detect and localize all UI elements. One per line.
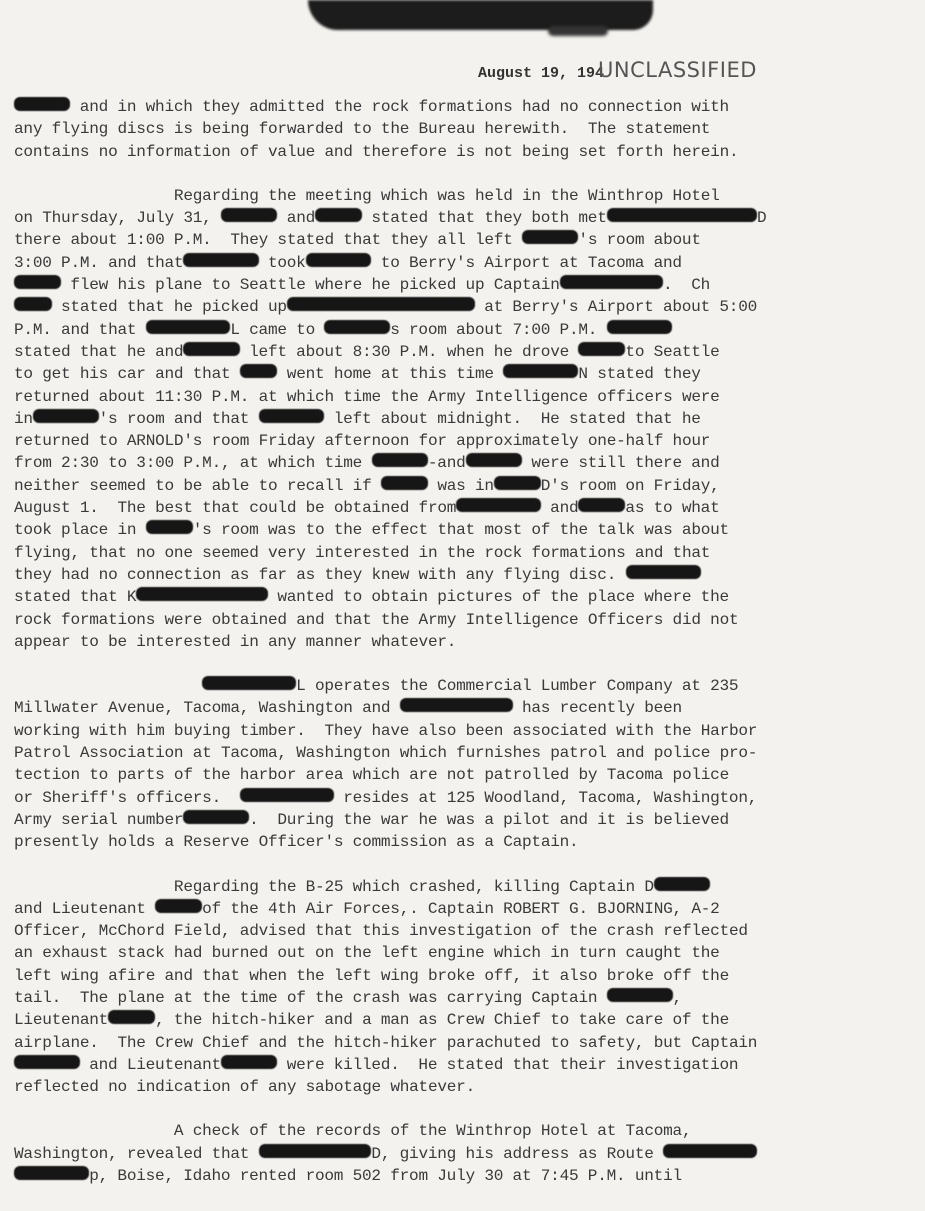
- redaction: █████: [155, 899, 202, 913]
- text-line: in█████'s room and that █████ left about…: [14, 408, 919, 430]
- text-line: contains no information of value and the…: [14, 141, 919, 163]
- text-line: working with him buying timber. They hav…: [14, 720, 919, 742]
- redaction-block: [308, 0, 653, 30]
- redaction: █████: [146, 520, 193, 534]
- paragraph-gap: [14, 854, 919, 876]
- text-line: Patrol Association at Tacoma, Washington…: [14, 742, 919, 764]
- text-line: and Lieutenant █████of the 4th Air Force…: [14, 898, 919, 920]
- redaction: █████: [221, 1055, 277, 1069]
- redaction: █████: [372, 453, 428, 467]
- redaction: █████: [400, 698, 513, 712]
- text-line: █████ flew his plane to Seattle where he…: [14, 274, 919, 296]
- text-line: returned about 11:30 P.M. at which time …: [14, 386, 919, 408]
- text-line: airplane. The Crew Chief and the hitch-h…: [14, 1032, 919, 1054]
- paragraph: Regarding the meeting which was held in …: [14, 185, 919, 653]
- redaction: █████: [456, 498, 541, 512]
- redaction: █████: [259, 1144, 372, 1158]
- redaction: █████: [146, 320, 231, 334]
- redaction: █████: [259, 409, 325, 423]
- text-line: tail. The plane at the time of the crash…: [14, 987, 919, 1009]
- text-line: or Sheriff's officers. █████ resides at …: [14, 787, 919, 809]
- text-line: █████p, Boise, Idaho rented room 502 fro…: [14, 1165, 919, 1187]
- redaction: █████: [306, 253, 372, 267]
- redaction: █████: [136, 587, 268, 601]
- redaction: █████: [183, 253, 258, 267]
- paragraph: Regarding the B-25 which crashed, killin…: [14, 876, 919, 1099]
- redaction: █████: [663, 1144, 757, 1158]
- paragraph-gap: [14, 1098, 919, 1120]
- text-line: Officer, McChord Field, advised that thi…: [14, 920, 919, 942]
- redaction: █████: [240, 364, 278, 378]
- text-line: August 1. The best that could be obtaine…: [14, 497, 919, 519]
- text-line: neither seemed to be able to recall if █…: [14, 475, 919, 497]
- text-line: Millwater Avenue, Tacoma, Washington and…: [14, 697, 919, 719]
- text-line: on Thursday, July 31, █████ and█████ sta…: [14, 207, 919, 229]
- redaction: █████: [654, 877, 710, 891]
- redaction: █████: [14, 97, 70, 111]
- paragraph-gap: [14, 163, 919, 185]
- paragraph-gap: [14, 653, 919, 675]
- redaction: █████: [607, 208, 757, 222]
- redaction: █████: [315, 208, 362, 222]
- redaction: █████: [287, 297, 475, 311]
- redaction: █████: [221, 208, 277, 222]
- text-line: they had no connection as far as they kn…: [14, 564, 919, 586]
- redaction: █████: [494, 476, 541, 490]
- redaction: █████: [202, 676, 296, 690]
- redaction: █████: [14, 1166, 89, 1180]
- redaction: █████: [108, 1010, 155, 1024]
- text-line: █████ and Lieutenant█████ were killed. H…: [14, 1054, 919, 1076]
- redaction: █████: [381, 476, 428, 490]
- redaction: █████: [522, 230, 578, 244]
- paragraph: A check of the records of the Winthrop H…: [14, 1120, 919, 1187]
- text-line: left wing afire and that when the left w…: [14, 965, 919, 987]
- paragraph: █████ and in which they admitted the roc…: [14, 96, 919, 163]
- text-line: stated that K█████ wanted to obtain pict…: [14, 586, 919, 608]
- document-page: August 19, 194UNCLASSIFIED █████ and in …: [0, 0, 925, 1211]
- redaction: █████: [626, 565, 701, 579]
- text-line: any flying discs is being forwarded to t…: [14, 118, 919, 140]
- text-line: to get his car and that █████ went home …: [14, 363, 919, 385]
- text-line: returned to ARNOLD's room Friday afterno…: [14, 430, 919, 452]
- text-line: flying, that no one seemed very interest…: [14, 542, 919, 564]
- text-line: reflected no indication of any sabotage …: [14, 1076, 919, 1098]
- redaction: █████: [578, 498, 625, 512]
- text-line: █████L operates the Commercial Lumber Co…: [14, 675, 919, 697]
- text-line: Regarding the meeting which was held in …: [14, 185, 919, 207]
- redaction: █████: [560, 275, 663, 289]
- text-line: Lieutenant█████, the hitch-hiker and a m…: [14, 1009, 919, 1031]
- document-header: August 19, 194UNCLASSIFIED: [478, 58, 757, 82]
- redaction: █████: [183, 810, 249, 824]
- text-line: 3:00 P.M. and that█████ took█████ to Ber…: [14, 252, 919, 274]
- classification-stamp: UNCLASSIFIED: [598, 58, 757, 82]
- text-line: Regarding the B-25 which crashed, killin…: [14, 876, 919, 898]
- redaction: █████: [14, 297, 52, 311]
- text-line: from 2:30 to 3:00 P.M., at which time ██…: [14, 452, 919, 474]
- redaction: █████: [324, 320, 390, 334]
- redaction: █████: [183, 342, 239, 356]
- text-line: █████ stated that he picked up█████ at B…: [14, 296, 919, 318]
- document-body: █████ and in which they admitted the roc…: [14, 96, 919, 1187]
- redaction: █████: [240, 788, 334, 802]
- text-line: stated that he and█████ left about 8:30 …: [14, 341, 919, 363]
- text-line: took place in █████'s room was to the ef…: [14, 519, 919, 541]
- redaction: █████: [33, 409, 99, 423]
- text-line: █████ and in which they admitted the roc…: [14, 96, 919, 118]
- text-line: rock formations were obtained and that t…: [14, 609, 919, 631]
- paragraph: █████L operates the Commercial Lumber Co…: [14, 675, 919, 853]
- redaction: █████: [14, 275, 61, 289]
- redaction: █████: [466, 453, 522, 467]
- text-line: P.M. and that █████L came to █████s room…: [14, 319, 919, 341]
- text-line: Army serial number█████. During the war …: [14, 809, 919, 831]
- text-line: Washington, revealed that █████D, giving…: [14, 1143, 919, 1165]
- text-line: an exhaust stack had burned out on the l…: [14, 942, 919, 964]
- redaction: █████: [503, 364, 578, 378]
- document-date: August 19, 194: [478, 65, 604, 82]
- redaction: █████: [607, 988, 673, 1002]
- text-line: tection to parts of the harbor area whic…: [14, 764, 919, 786]
- redaction: █████: [578, 342, 625, 356]
- redaction: █████: [607, 320, 673, 334]
- text-line: there about 1:00 P.M. They stated that t…: [14, 229, 919, 251]
- text-line: A check of the records of the Winthrop H…: [14, 1120, 919, 1142]
- text-line: presently holds a Reserve Officer's comm…: [14, 831, 919, 853]
- redaction: █████: [14, 1055, 80, 1069]
- text-line: appear to be interested in any manner wh…: [14, 631, 919, 653]
